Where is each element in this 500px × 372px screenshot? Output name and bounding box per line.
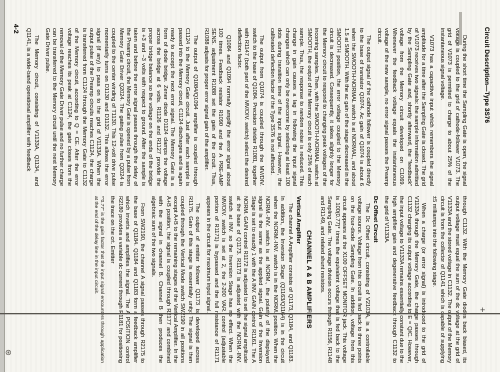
paragraph: Q1084 and Q1094 normally amplify the err… [201, 28, 231, 186]
paragraph: The Dc Offset circuit, consisting of V21… [318, 196, 370, 363]
paragraph: During the short time the Sampling Gate … [437, 28, 467, 186]
paragraph: When a charge (or error signal) is intro… [382, 196, 426, 363]
printers-mark-icon: ⊛ [5, 349, 12, 357]
scan-streak [459, 12, 462, 45]
paragraph: The Memory circuit, consisting of V1133A… [24, 28, 39, 186]
scanned-manual-page: Circuit Description—Type 3S76 During the… [0, 0, 500, 372]
paragraph: V1073 has a capacitive input which remem… [375, 28, 434, 186]
left-column: During the short time the Sampling Gate … [20, 28, 467, 186]
paragraph: From SW2190, the channel A signal passes… [108, 196, 145, 363]
scan-crease-line [0, 313, 500, 314]
paragraph: The output signal of the cathode followe… [267, 28, 371, 186]
paragraph: The output of Q1084/Q1094 amplifier is c… [42, 28, 198, 186]
document-page: Circuit Description—Type 3S76 During the… [0, 0, 500, 372]
paragraph: The channel A Amplifier consists of Q117… [204, 196, 293, 363]
chapter-heading-channel-a-b-amplifiers: CHANNEL A & B AMPLIFIERS [305, 196, 312, 363]
page-number: 4-2 [12, 24, 19, 34]
paragraph: The output of emitter follower Q1173 is … [148, 196, 200, 363]
running-header: Circuit Description—Type 3S76 [483, 27, 490, 123]
registration-cross-mark: + [480, 306, 485, 315]
scan-edge-shadow [0, 0, 5, 372]
paragraph: The output from Q1074 is coupled through… [234, 28, 264, 186]
section-heading-dc-offset: Dc Offset Circuit [372, 196, 378, 363]
footnote: *“0.77” is the gain factor that the inpu… [92, 196, 104, 363]
section-heading-vertical-amplifier: Vertical Amplifier [295, 196, 301, 363]
right-column: through C1132. With the Memory Gate diod… [92, 196, 467, 363]
paragraph-continuation: through C1132. With the Memory Gate diod… [430, 196, 467, 363]
